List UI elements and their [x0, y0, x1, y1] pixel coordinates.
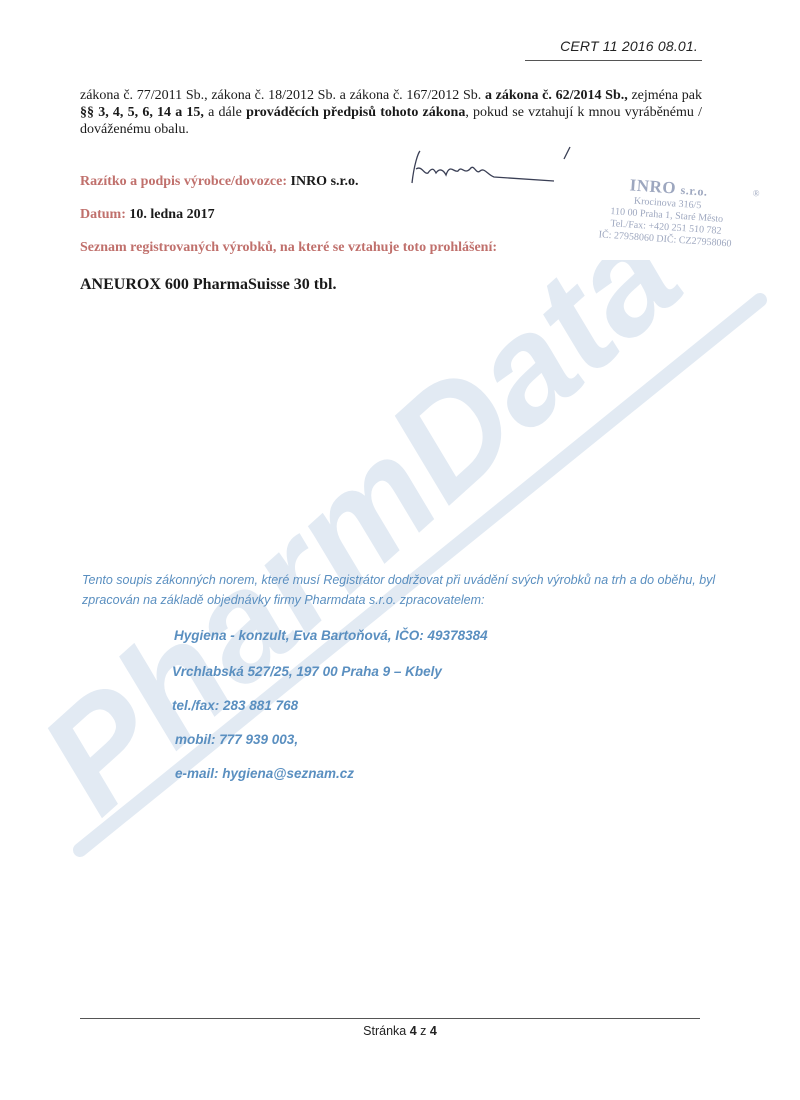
total-pages: 4	[430, 1024, 437, 1038]
intro-paragraph: zákona č. 77/2011 Sb., zákona č. 18/2012…	[80, 87, 702, 138]
date-label: Datum:	[80, 207, 126, 222]
signature	[404, 145, 584, 195]
intro-text: zejména pak	[628, 88, 702, 103]
company-stamp: ® INRO s.r.o. Krocinova 316/5 110 00 Pra…	[570, 171, 764, 252]
contact-mobile: mobil: 777 939 003,	[175, 732, 298, 747]
contact-phone: tel./fax: 283 881 768	[172, 698, 298, 713]
processor-note: Tento soupis zákonných norem, které musí…	[82, 570, 722, 610]
product-list-heading: Seznam registrovaných výrobků, na které …	[80, 240, 497, 256]
stamp-label: Razítko a podpis výrobce/dovozce:	[80, 174, 287, 189]
contact-address: Vrchlabská 527/25, 197 00 Praha 9 – Kbel…	[172, 664, 442, 679]
stamp-signature-row: Razítko a podpis výrobce/dovozce: INRO s…	[80, 174, 358, 190]
date-row: Datum: 10. ledna 2017	[80, 207, 215, 223]
intro-text: zákona č. 77/2011 Sb., zákona č. 18/2012…	[80, 88, 485, 103]
watermark-text: PharmData s.r.o.	[40, 260, 800, 844]
contact-email[interactable]: e-mail: hygiena@seznam.cz	[175, 766, 354, 781]
product-item: ANEUROX 600 PharmaSuisse 30 tbl.	[80, 276, 336, 294]
document-code: CERT 11 2016 08.01.	[560, 38, 698, 54]
current-page: 4	[410, 1024, 417, 1038]
contact-name: Hygiena - konzult, Eva Bartoňová, IČO: 4…	[174, 628, 488, 643]
registered-mark: ®	[752, 188, 760, 198]
intro-text: a dále	[204, 105, 246, 120]
intro-law-ref: a zákona č. 62/2014 Sb.,	[485, 88, 628, 103]
page-number: Stránka 4 z 4	[0, 1024, 800, 1038]
product-list-label: Seznam registrovaných výrobků, na které …	[80, 240, 497, 255]
header-divider	[525, 60, 702, 61]
watermark: PharmData s.r.o.	[40, 260, 800, 860]
date-value: 10. ledna 2017	[129, 207, 214, 222]
intro-sections: §§ 3, 4, 5, 6, 14 a 15,	[80, 105, 204, 120]
footer-divider	[80, 1018, 700, 1019]
stamp-value: INRO s.r.o.	[291, 174, 359, 189]
intro-regulations: prováděcích předpisů tohoto zákona	[246, 105, 465, 120]
